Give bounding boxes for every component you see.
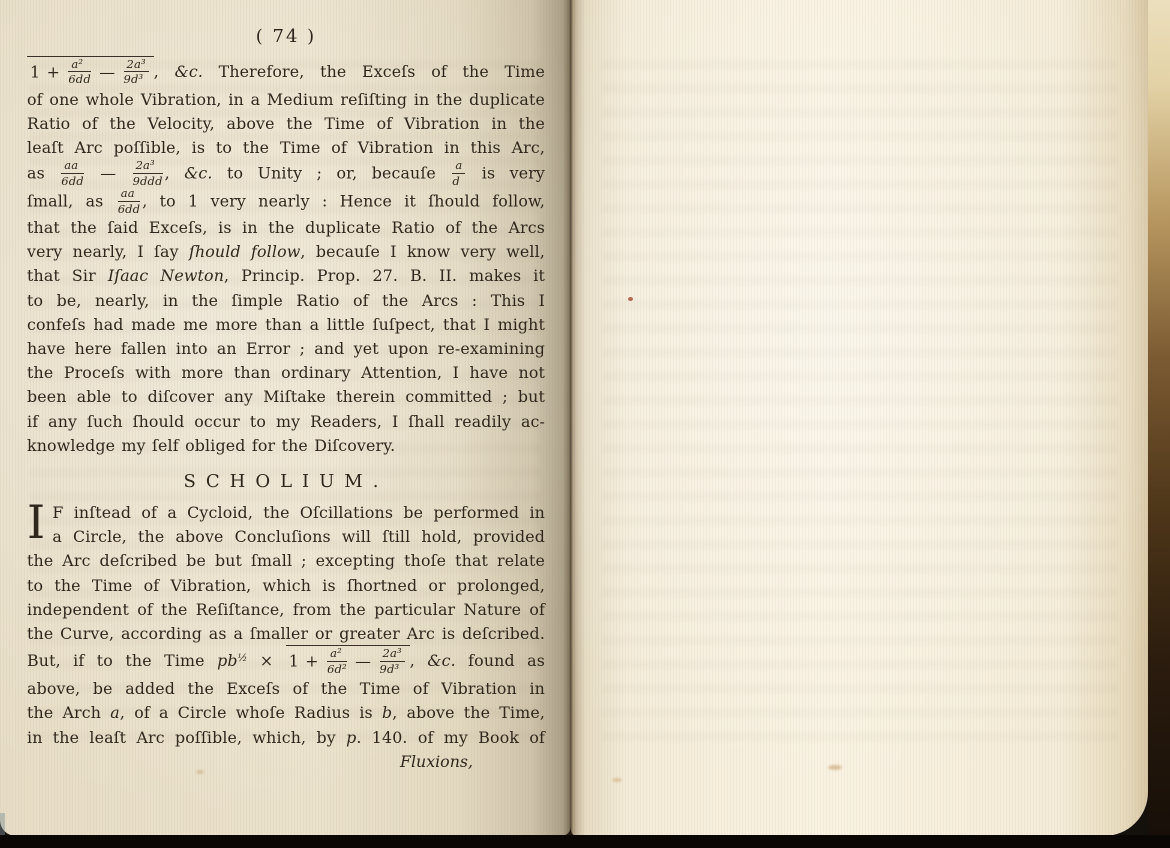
fraction: a²6dd	[66, 58, 93, 86]
text-line: in the leaſt Arc poſſible, which, by p. …	[27, 726, 545, 750]
text-line: have here fallen into an Error ; and yet…	[27, 337, 545, 361]
fraction: a²6d²	[325, 647, 349, 675]
page-74: ( 74 ) 1 + a²6dd — 2a³9d³, &c. Therefore…	[0, 0, 571, 836]
text-line: to be, nearly, in the ſimple Ratio of th…	[27, 289, 545, 313]
scholium-heading: SCHOLIUM.	[27, 471, 545, 492]
fraction: ad	[450, 159, 467, 187]
vinculum-group: 1 + a²6d² — 2a³9d³	[286, 645, 410, 676]
scan-black-border	[0, 835, 1170, 848]
page-75: ( 75 ) Fluxions, is pb½ × aa16bb, &c. we…	[571, 0, 1148, 836]
fraction: aa6dd	[59, 159, 86, 187]
page-74-scholium-body: IF inſtead of a Cycloid, the Oſcillation…	[27, 501, 545, 750]
text-line: leaſt Arc poſſible, is to the Time of Vi…	[27, 136, 545, 160]
fraction: aa6dd	[116, 187, 143, 215]
text-line: of one whole Vibration, in a Medium reſi…	[27, 88, 545, 112]
vinculum-group: 1 + a²6dd — 2a³9d³	[27, 56, 154, 87]
text-line: But, if to the Time pb½ × 1 + a²6d² — 2a…	[27, 646, 545, 677]
text-line: the Curve, according as a ſmaller or gre…	[27, 622, 545, 646]
text-line: knowledge my ſelf obliged for the Diſcov…	[27, 434, 545, 458]
text-line: if any ſuch ſhould occur to my Readers, …	[27, 410, 545, 434]
text-line: Ratio of the Velocity, above the Time of…	[27, 112, 545, 136]
text-line: to the Time of Vibration, which is ſhort…	[27, 574, 545, 598]
page-75-bleedthrough	[601, 60, 1118, 746]
page-74-folio: ( 74 )	[27, 26, 545, 47]
fraction: 2a³9ddd	[131, 159, 165, 187]
text-line: IF inſtead of a Cycloid, the Oſcillation…	[27, 501, 545, 525]
text-line: a Circle, the above Concluſions will ſti…	[27, 525, 545, 549]
text-line: confeſs had made me more than a little ſ…	[27, 313, 545, 337]
text-line: that Sir Iſaac Newton, Princip. Prop. 27…	[27, 264, 545, 288]
fraction: 2a³9d³	[122, 58, 151, 86]
text-line: been able to diſcover any Miſtake therei…	[27, 385, 545, 409]
drop-cap: I	[27, 502, 45, 548]
text-line: the Arc deſcribed be but ſmall ; excepti…	[27, 549, 545, 573]
text-line: as aa6dd — 2a³9ddd, &c. to Unity ; or, b…	[27, 160, 545, 188]
text-line: that the ſaid Exceſs, is in the duplicat…	[27, 216, 545, 240]
page-74-catchword: Fluxions,	[27, 750, 545, 774]
text-line: above, be added the Exceſs of the Time o…	[27, 677, 545, 701]
page-74-content: ( 74 ) 1 + a²6dd — 2a³9d³, &c. Therefore…	[27, 26, 545, 774]
text-line: independent of the Reſiſtance, from the …	[27, 598, 545, 622]
text-line: the Proceſs with more than ordinary Atte…	[27, 361, 545, 385]
text-line: very nearly, I ſay ſhould follow, becauſ…	[27, 240, 545, 264]
scan-edge-sliver	[0, 813, 5, 837]
book-spread: ( 74 ) 1 + a²6dd — 2a³9d³, &c. Therefore…	[0, 0, 1170, 848]
fraction: 2a³9d³	[378, 647, 407, 675]
text-line: the Arch a, of a Circle whoſe Radius is …	[27, 701, 545, 725]
page-74-body: 1 + a²6dd — 2a³9d³, &c. Therefore, the E…	[27, 57, 545, 458]
text-line: 1 + a²6dd — 2a³9d³, &c. Therefore, the E…	[27, 57, 545, 88]
book-fore-edge	[1148, 0, 1170, 848]
text-line: ſmall, as aa6dd, to 1 very nearly : Henc…	[27, 188, 545, 216]
